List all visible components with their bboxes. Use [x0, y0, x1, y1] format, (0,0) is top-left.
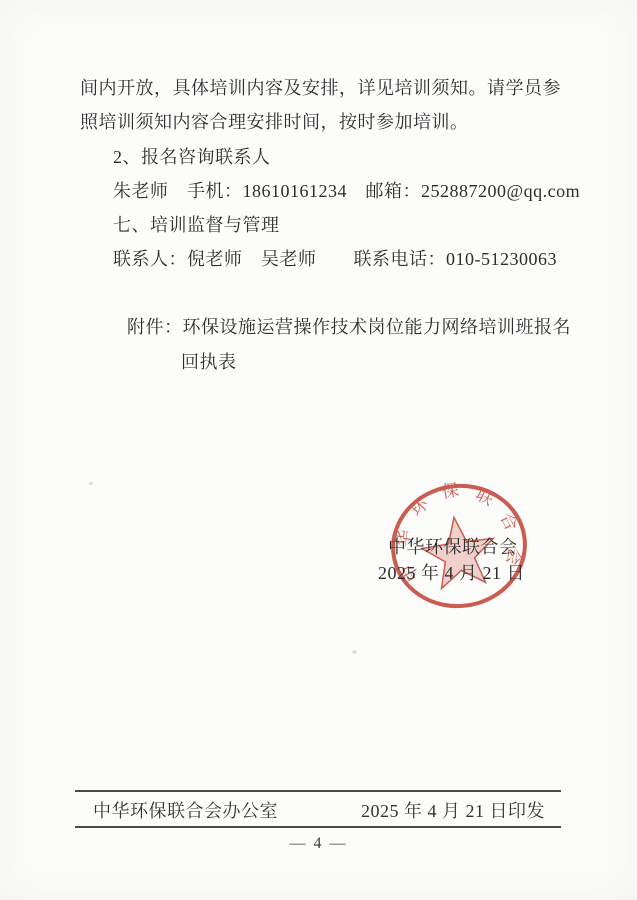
signature-org: 中华环保联合会	[388, 536, 518, 558]
footer-issuer: 中华环保联合会办公室	[93, 800, 278, 822]
signature-date: 2025 年 4 月 21 日	[378, 562, 525, 584]
footer-rule-top	[75, 790, 561, 792]
document-page: 间内开放，具体培训内容及安排，详见培训须知。请学员参 照培训须知内容合理安排时间…	[0, 0, 637, 900]
page-number: — 4 —	[0, 835, 637, 853]
body-line: 照培训须知内容合理安排时间，按时参加培训。	[80, 111, 469, 133]
attachment-line: 回执表	[181, 351, 237, 373]
footer-print-date: 2025 年 4 月 21 日印发	[361, 800, 545, 822]
footer-rule-bottom	[75, 826, 561, 828]
body-line: 2、报名咨询联系人	[113, 146, 271, 168]
body-line: 七、培训监督与管理	[113, 214, 280, 236]
body-line: 间内开放，具体培训内容及安排，详见培训须知。请学员参	[80, 77, 561, 99]
body-line: 朱老师 手机：18610161234 邮箱：252887200@qq.com	[113, 180, 580, 202]
scan-speck	[352, 650, 357, 654]
body-line: 联系人：倪老师 吴老师 联系电话：010-51230063	[113, 248, 557, 270]
attachment-line: 附件：环保设施运营操作技术岗位能力网络培训班报名	[127, 316, 571, 338]
scan-speck	[89, 482, 93, 485]
